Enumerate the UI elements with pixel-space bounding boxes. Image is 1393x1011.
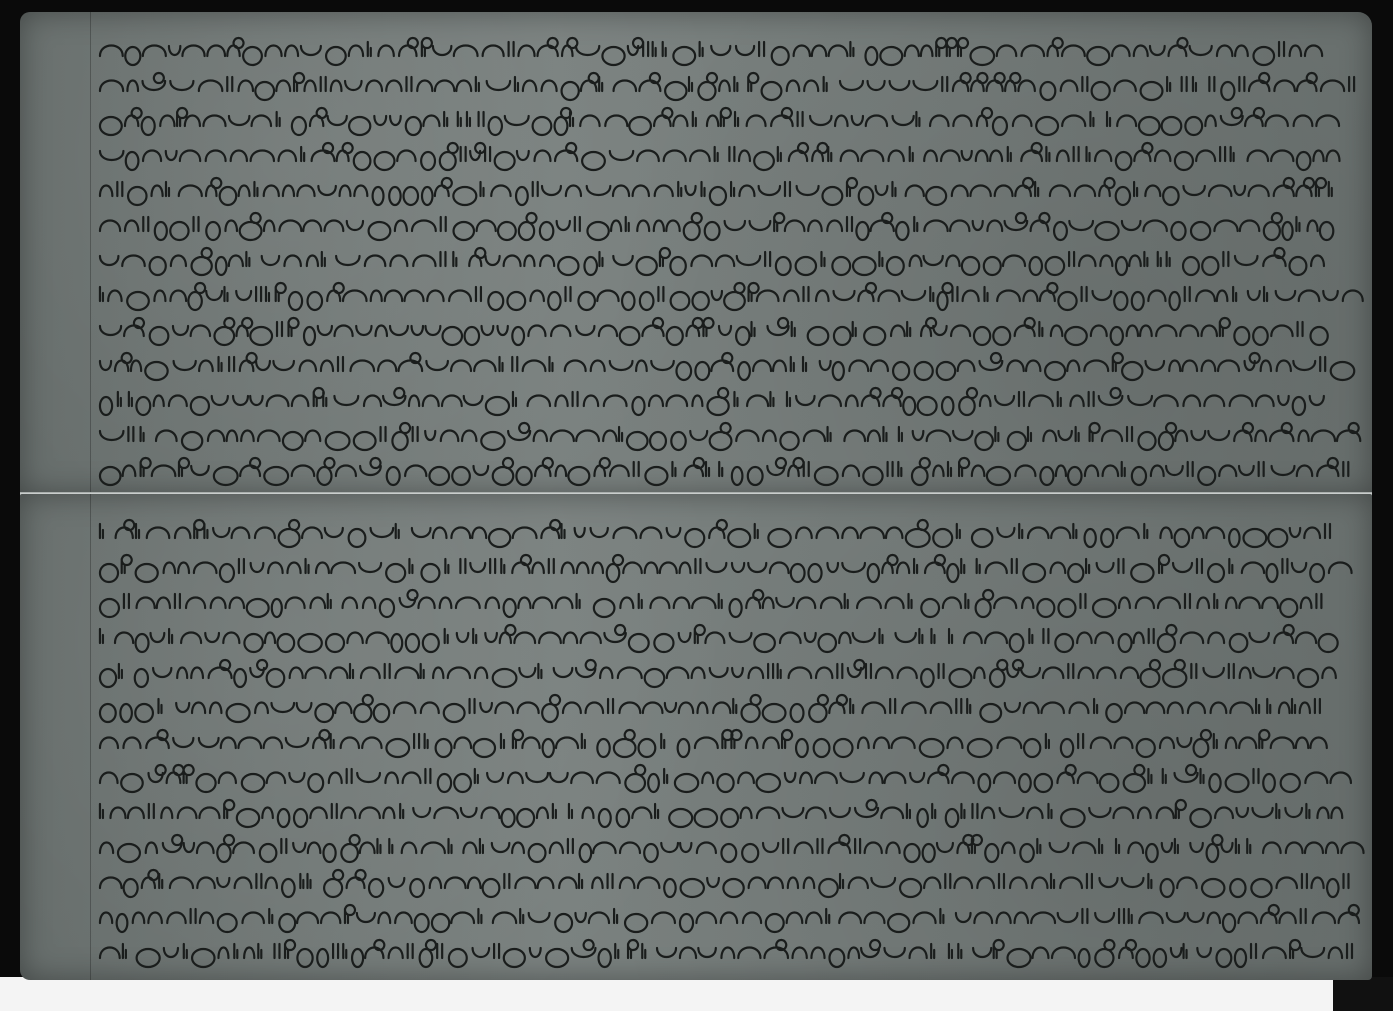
script-line xyxy=(90,827,1354,862)
script-line xyxy=(90,897,1354,932)
script-line xyxy=(90,135,1354,170)
manuscript-panel-bottom xyxy=(20,494,1372,980)
script-line xyxy=(90,722,1354,757)
script-lines xyxy=(90,512,1354,968)
script-line xyxy=(90,65,1354,100)
script-line xyxy=(90,547,1354,582)
script-line xyxy=(90,450,1354,485)
background-strip xyxy=(0,977,1393,1011)
script-line xyxy=(90,582,1354,617)
script-line xyxy=(90,205,1354,240)
corner-shadow xyxy=(1333,977,1393,1011)
script-line xyxy=(90,380,1354,415)
script-line xyxy=(90,757,1354,792)
script-line xyxy=(90,687,1354,722)
script-line xyxy=(90,310,1354,345)
script-line xyxy=(90,30,1354,65)
script-line xyxy=(90,792,1354,827)
script-line xyxy=(90,862,1354,897)
script-line xyxy=(90,512,1354,547)
script-line xyxy=(90,932,1354,967)
script-line xyxy=(90,240,1354,275)
script-line xyxy=(90,345,1354,380)
script-lines xyxy=(90,30,1354,482)
script-line xyxy=(90,652,1354,687)
script-line xyxy=(90,275,1354,310)
script-line xyxy=(90,170,1354,205)
script-line xyxy=(90,415,1354,450)
script-line xyxy=(90,100,1354,135)
script-line xyxy=(90,617,1354,652)
manuscript-panel-top xyxy=(20,12,1372,494)
